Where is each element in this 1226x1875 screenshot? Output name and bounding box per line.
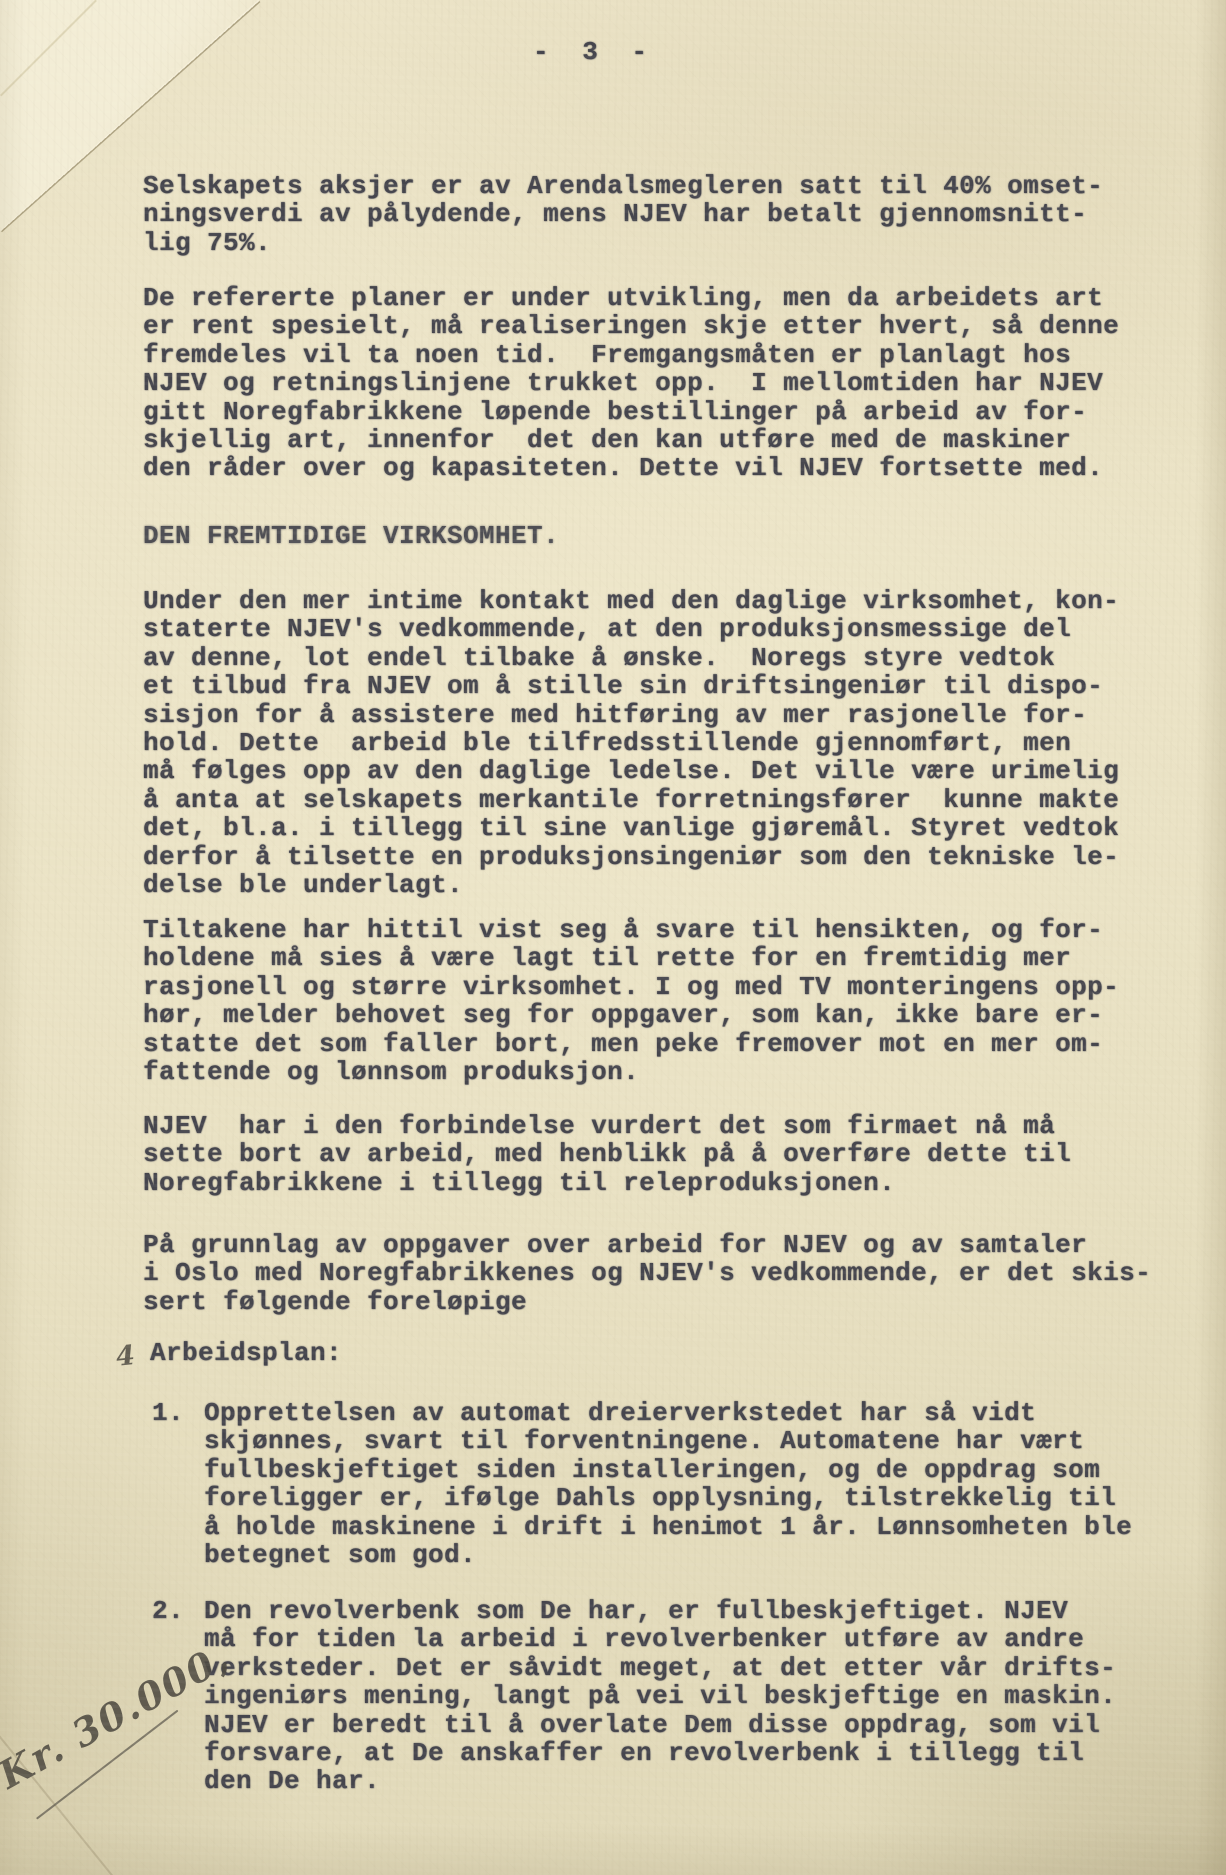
list-item-1-text: Opprettelsen av automat dreierverkstedet… xyxy=(204,1399,1132,1569)
list-item-2-text: Den revolverbenk som De har, er fullbesk… xyxy=(204,1597,1116,1796)
paragraph-njev-assessment: NJEV har i den forbindelse vurdert det s… xyxy=(143,1112,1071,1197)
paragraph-basis: På grunnlag av oppgaver over arbeid for … xyxy=(143,1231,1151,1316)
handwritten-margin-mark: 4 xyxy=(114,1340,136,1373)
paragraph-measures: Tiltakene har hittil vist seg å svare ti… xyxy=(143,916,1119,1086)
list-item-1-number: 1. xyxy=(152,1399,184,1427)
paragraph-share-value: Selskapets aksjer er av Arendalsmegleren… xyxy=(143,172,1103,257)
scanned-document-page: - 3 - Selskapets aksjer er av Arendalsme… xyxy=(0,0,1226,1875)
list-item-2-number: 2. xyxy=(152,1597,184,1625)
handwritten-amount-note: Kr. 30.000, xyxy=(0,1634,239,1800)
section-heading-future-activity: DEN FREMTIDIGE VIRKSOMHET. xyxy=(143,522,559,550)
page-number: - 3 - xyxy=(533,38,656,66)
work-plan-heading: Arbeidsplan: xyxy=(150,1339,342,1367)
paragraph-plans: De refererte planer er under utvikling, … xyxy=(143,284,1119,483)
paragraph-daily-contact: Under den mer intime kontakt med den dag… xyxy=(143,587,1119,899)
